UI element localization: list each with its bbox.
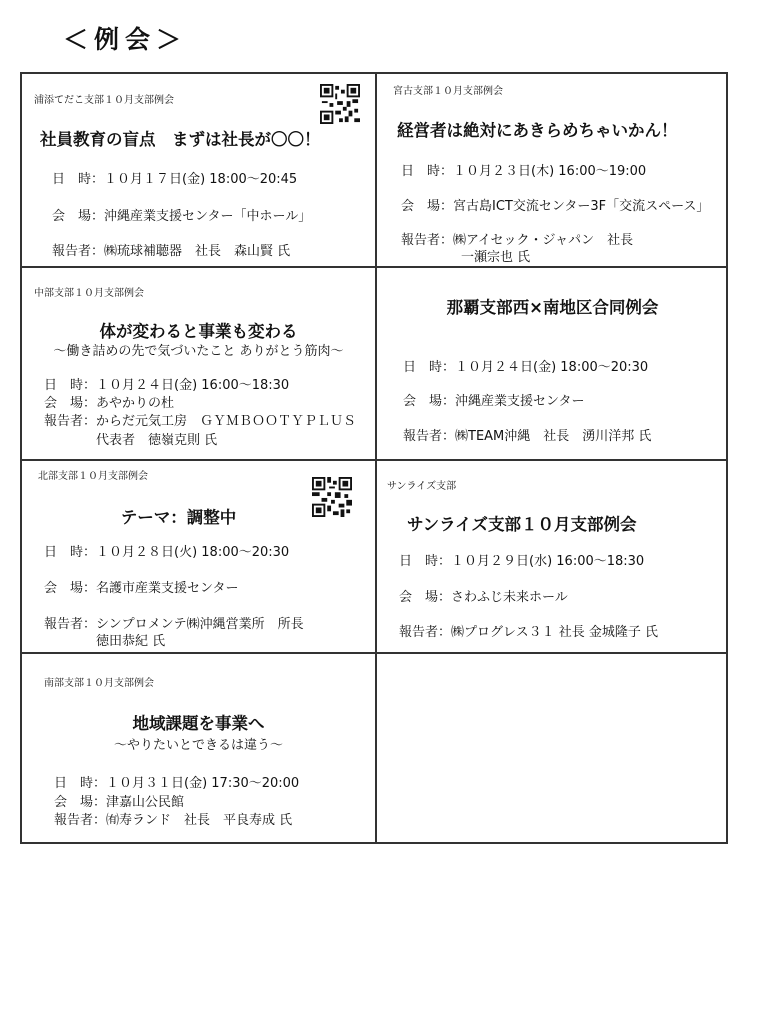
- meeting-datetime: 日 時：１０月１７日(金) 18:00～20:45: [52, 168, 297, 187]
- meeting-cell-miyako: 宮古支部１０月支部例会 経営者は絶対にあきらめちゃいかん！ 日 時：１０月２３日…: [377, 74, 728, 266]
- meeting-title: 経営者は絶対にあきらめちゃいかん！: [397, 117, 678, 141]
- meeting-venue: 会 場：沖縄産業支援センター「中ホール」: [52, 205, 311, 224]
- meeting-title: 那覇支部西×南地区合同例会: [377, 294, 728, 318]
- branch-label: 南部支部１０月支部例会: [44, 674, 154, 689]
- meeting-title: 社員教育の盲点 まずは社長が〇〇！: [40, 126, 321, 150]
- page-heading: ＜例会＞: [63, 20, 187, 56]
- meeting-reporter: 報告者：からだ元気工房 ＧＹＭＢＯＯＴＹＰＬＵＳ: [44, 410, 356, 429]
- meeting-cell-naha: 那覇支部西×南地区合同例会 日 時：１０月２４日(金) 18:00～20:30 …: [377, 268, 728, 459]
- branch-label: 浦添てだこ支部１０月支部例会: [34, 91, 174, 106]
- meeting-venue: 会 場：さわふじ未来ホール: [399, 586, 568, 605]
- meeting-reporter: 報告者：シンプロメンテ㈱沖縄営業所 所長: [44, 613, 304, 632]
- meeting-title: 体が変わると事業も変わる: [22, 318, 375, 342]
- meeting-datetime: 日 時：１０月３１日(金) 17:30～20:00: [54, 772, 299, 791]
- meeting-reporter: 報告者：㈱琉球補聴器 社長 森山賢 氏: [52, 240, 290, 259]
- meeting-reporter-line2: 一瀬宗也 氏: [461, 246, 530, 265]
- meeting-title: 地域課題を事業へ: [22, 710, 375, 734]
- meeting-datetime: 日 時：１０月２４日(金) 16:00～18:30: [44, 374, 289, 393]
- meeting-subtitle: ～やりたいとできるは違う～: [22, 734, 375, 753]
- meeting-venue: 会 場：津嘉山公民館: [54, 791, 184, 810]
- branch-label: 中部支部１０月支部例会: [34, 284, 144, 299]
- empty-cell: [377, 654, 728, 844]
- branch-label: 北部支部１０月支部例会: [38, 467, 148, 482]
- meeting-cell-nanbu: 南部支部１０月支部例会 地域課題を事業へ ～やりたいとできるは違う～ 日 時：１…: [22, 654, 375, 844]
- meeting-cell-urasoe-tedako: 浦添てだこ支部１０月支部例会 社員教育の盲点 まずは社長が〇〇！ 日 時：１０月…: [22, 74, 375, 266]
- meeting-venue: 会 場：あやかりの杜: [44, 392, 174, 411]
- meeting-reporter-line2: 代表者 徳嶺克則 氏: [96, 429, 217, 448]
- meeting-title: サンライズ支部１０月支部例会: [407, 511, 637, 535]
- meeting-datetime: 日 時：１０月２３日(木) 16:00～19:00: [401, 160, 646, 179]
- meeting-reporter-line2: 徳田恭紀 氏: [96, 630, 165, 649]
- qr-code-icon[interactable]: [320, 84, 360, 124]
- meeting-datetime: 日 時：１０月２９日(水) 16:00～18:30: [399, 550, 644, 569]
- meeting-title: テーマ：調整中: [2, 504, 355, 528]
- meeting-datetime: 日 時：１０月２８日(火) 18:00～20:30: [44, 541, 289, 560]
- meeting-venue: 会 場：名護市産業支援センター: [44, 577, 238, 596]
- branch-label: サンライズ支部: [387, 477, 456, 492]
- branch-label: 宮古支部１０月支部例会: [393, 82, 503, 97]
- meeting-cell-hokubu: 北部支部１０月支部例会 テーマ：調整中 日 時：１０月２８日(火) 18:00～…: [22, 461, 375, 652]
- meeting-cell-sunrise: サンライズ支部 サンライズ支部１０月支部例会 日 時：１０月２９日(水) 16:…: [377, 461, 728, 652]
- meeting-venue: 会 場：沖縄産業支援センター: [403, 390, 584, 409]
- meeting-reporter: 報告者：㈲寿ランド 社長 平良寿成 氏: [54, 809, 292, 828]
- meeting-reporter: 報告者：㈱TEAM沖縄 社長 湧川洋邦 氏: [403, 425, 651, 444]
- meeting-subtitle: ～働き詰めの先で気づいたこと ありがとう筋肉～: [22, 340, 375, 359]
- meeting-datetime: 日 時：１０月２４日(金) 18:00～20:30: [403, 356, 648, 375]
- meetings-table: 浦添てだこ支部１０月支部例会 社員教育の盲点 まずは社長が〇〇！ 日 時：１０月…: [20, 72, 728, 844]
- meeting-venue: 会 場：宮古島ICT交流センター3F「交流スペース」: [401, 195, 709, 214]
- meeting-cell-chubu: 中部支部１０月支部例会 体が変わると事業も変わる ～働き詰めの先で気づいたこと …: [22, 268, 375, 459]
- meeting-reporter: 報告者：㈱プログレス３１ 社長 金城隆子 氏: [399, 621, 658, 640]
